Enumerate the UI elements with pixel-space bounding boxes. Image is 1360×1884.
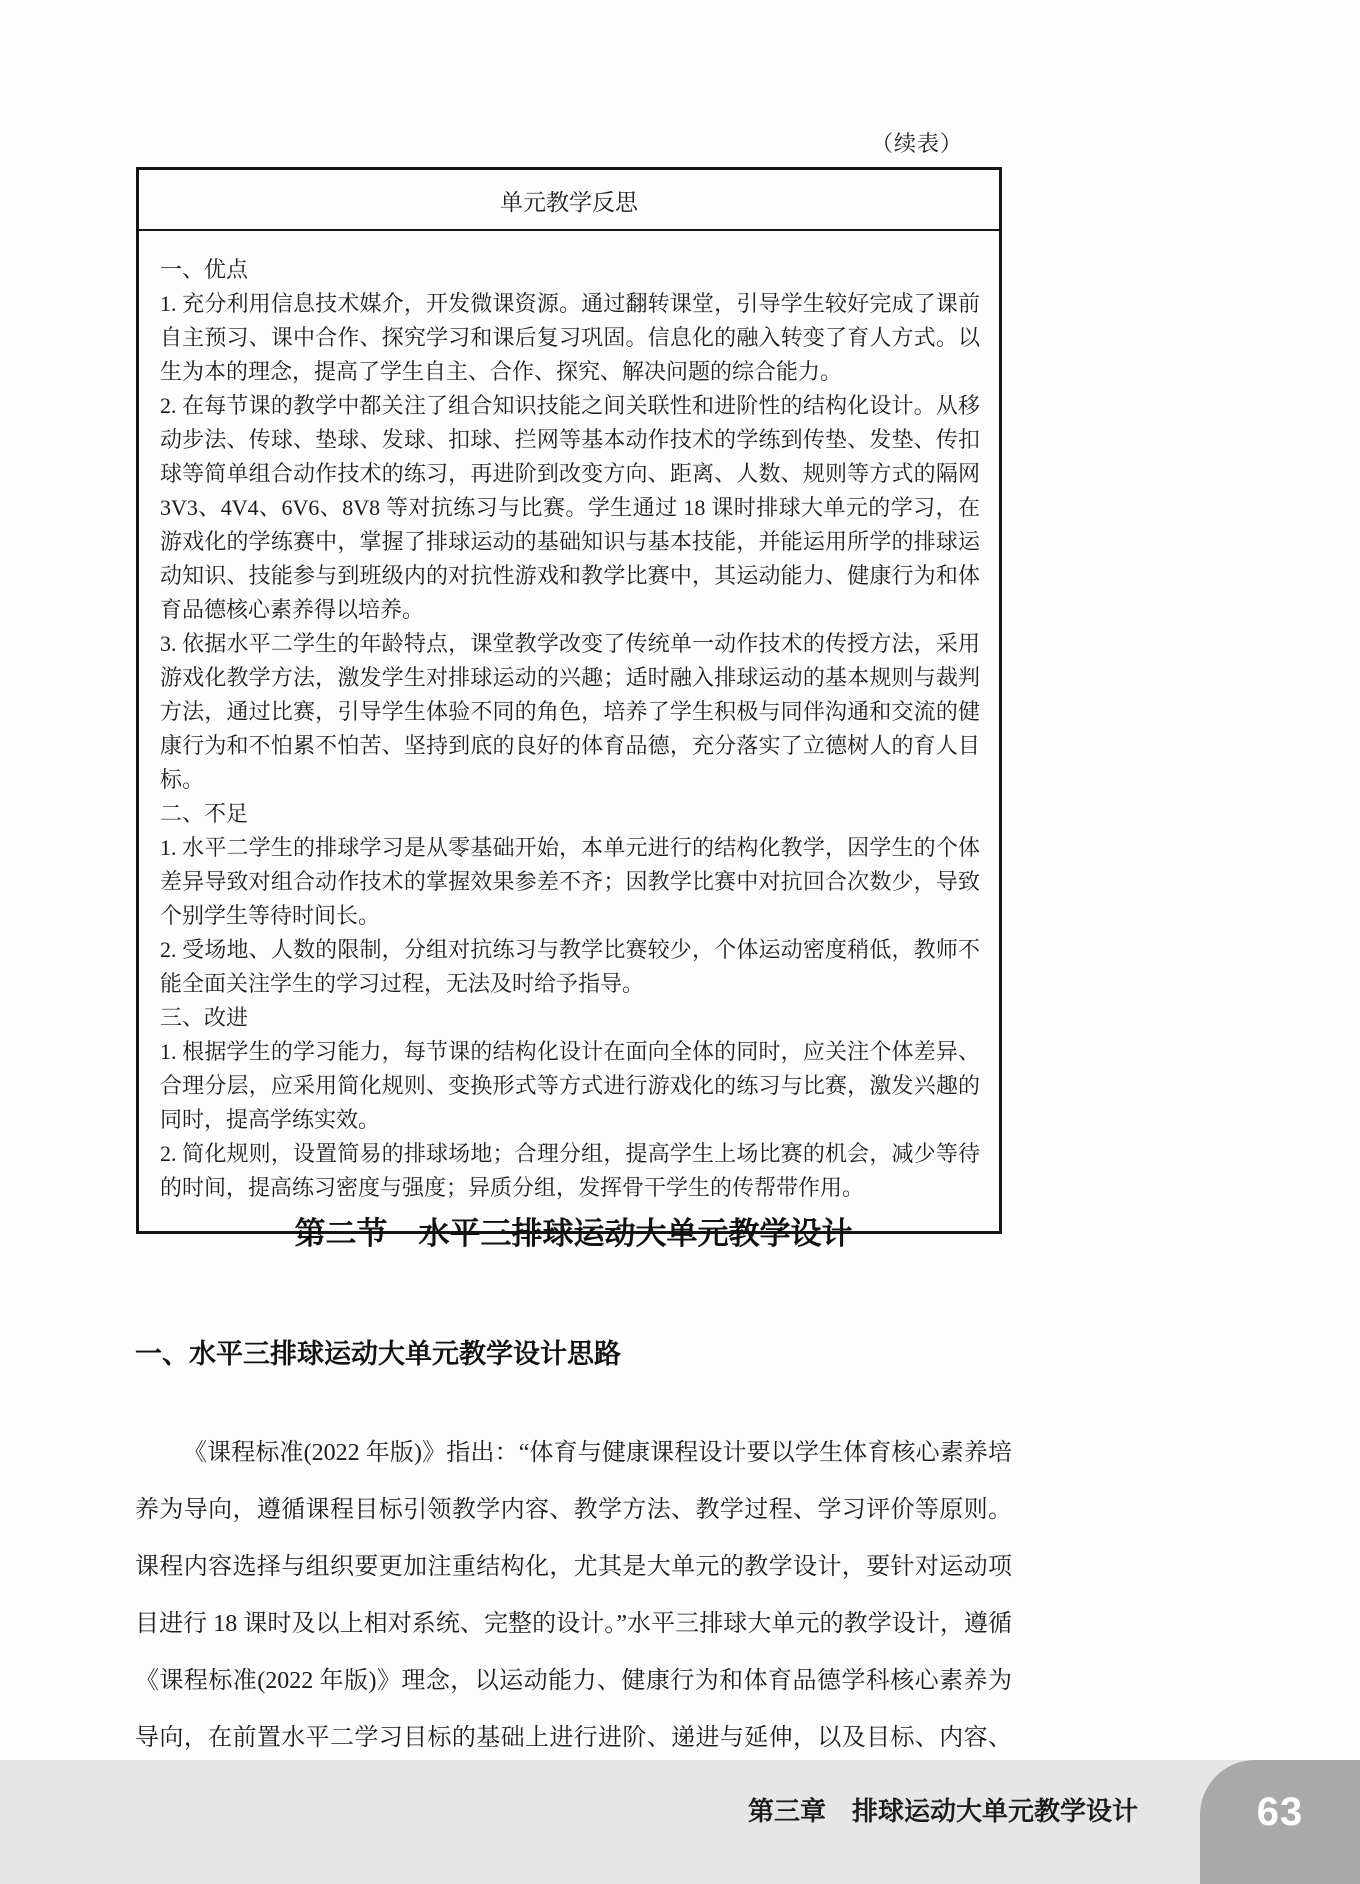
page-number: 63 [1200,1790,1360,1835]
book-page: （续表） 单元教学反思 一、优点 1. 充分利用信息技术媒介，开发微课资源。通过… [0,0,1360,1884]
section-title: 第二节 水平三排球运动大单元教学设计 [135,1208,1012,1253]
unit-reflection-table: 单元教学反思 一、优点 1. 充分利用信息技术媒介，开发微课资源。通过翻转课堂，… [136,167,1002,1234]
continued-table-label: （续表） [871,127,963,158]
list-item: 1. 充分利用信息技术媒介，开发微课资源。通过翻转课堂，引导学生较好完成了课前自… [160,287,980,389]
section-heading-improvements: 三、改进 [160,1001,980,1035]
list-item: 2. 简化规则，设置简易的排球场地；合理分组，提高学生上场比赛的机会，减少等待的… [160,1137,980,1205]
table-header-title: 单元教学反思 [139,170,999,231]
list-item: 1. 根据学生的学习能力，每节课的结构化设计在面向全体的同时，应关注个体差异、合… [160,1035,980,1137]
list-item: 3. 依据水平二学生的年龄特点，课堂教学改变了传统单一动作技术的传授方法，采用游… [160,627,980,797]
list-item: 2. 在每节课的教学中都关注了组合知识技能之间关联性和进阶性的结构化设计。从移动… [160,389,980,627]
footer: 第三章 排球运动大单元教学设计 63 [0,1760,1360,1884]
table-body: 一、优点 1. 充分利用信息技术媒介，开发微课资源。通过翻转课堂，引导学生较好完… [139,231,999,1231]
footer-chapter-title: 第三章 排球运动大单元教学设计 [748,1791,1138,1828]
section-heading-advantages: 一、优点 [160,253,980,287]
list-item: 1. 水平二学生的排球学习是从零基础开始，本单元进行的结构化教学，因学生的个体差… [160,831,980,933]
section-heading-shortcomings: 二、不足 [160,797,980,831]
page-number-tab: 63 [1200,1760,1360,1884]
list-item: 2. 受场地、人数的限制，分组对抗练习与教学比赛较少，个体运动密度稍低，教师不能… [160,933,980,1001]
subsection-title: 一、水平三排球运动大单元教学设计思路 [135,1332,621,1371]
